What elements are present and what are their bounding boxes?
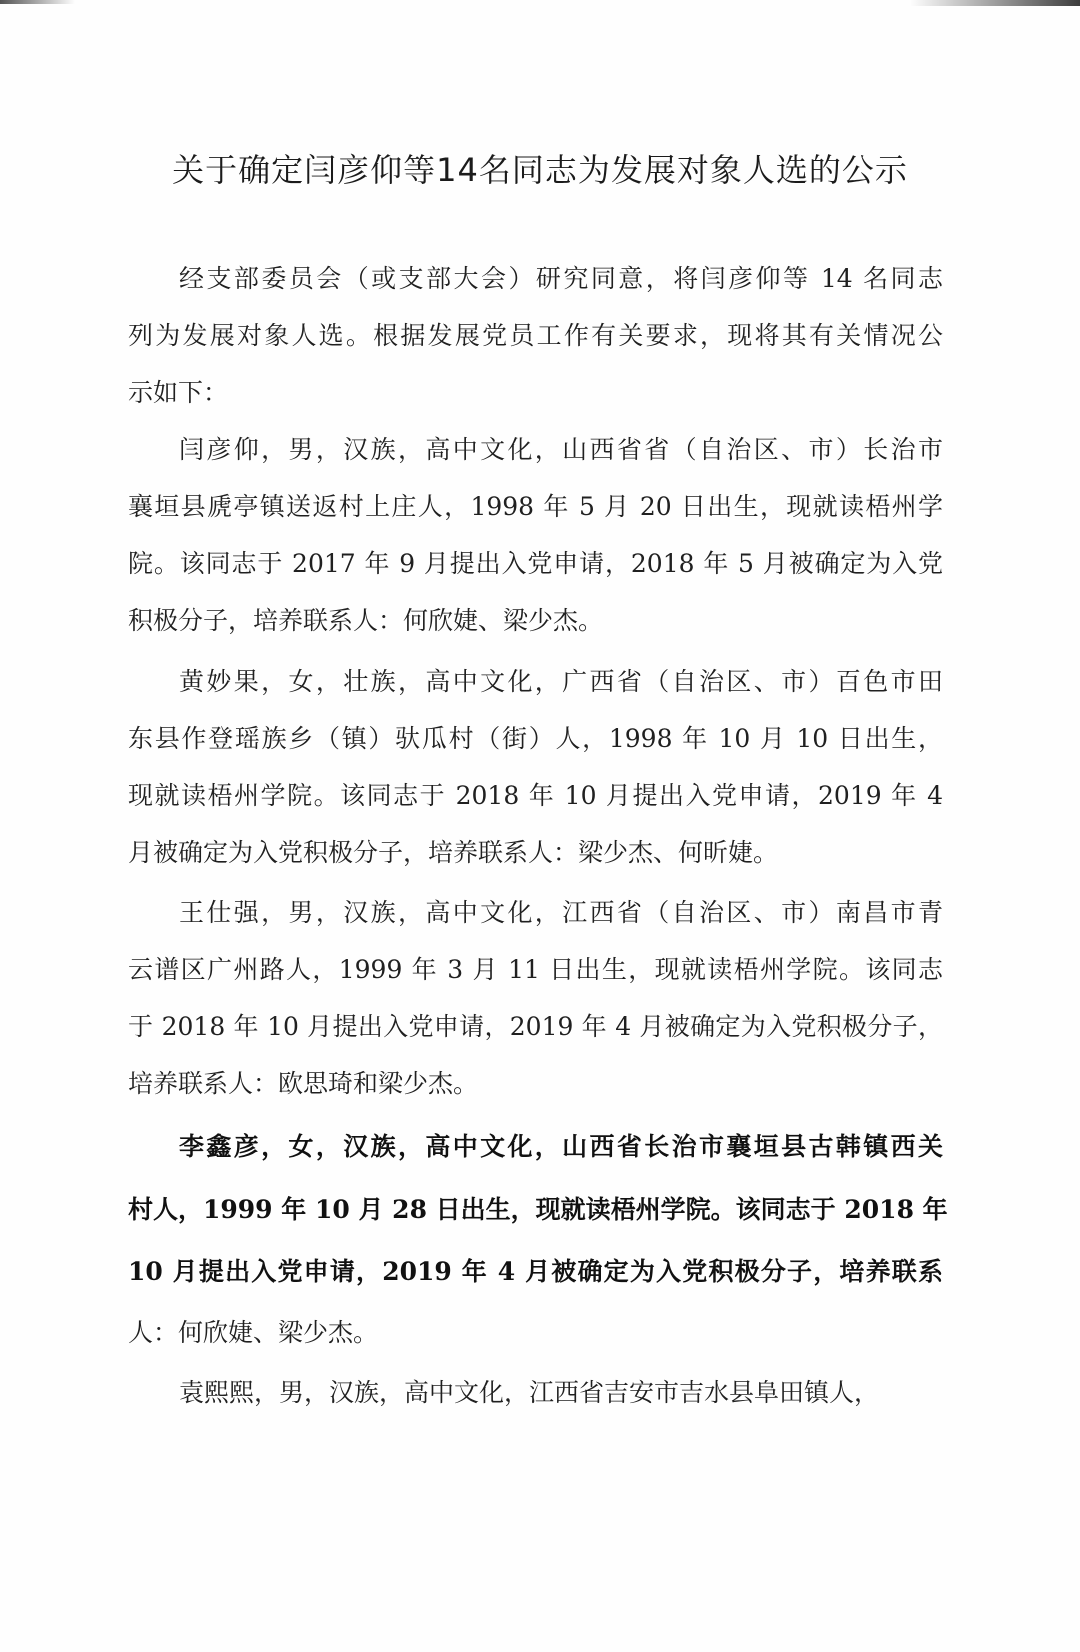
person-4-line-2: 村人，1999 年 10 月 28 日出生，现就读梧州学院。该同志于 2018 … [128, 1193, 943, 1227]
person-1-line-2: 襄垣县虒亭镇送返村上庄人，1998 年 5 月 20 日出生，现就读梧州学 [128, 490, 943, 524]
person-2-line-1: 黄妙果，女，壮族，高中文化，广西省（自治区、市）百色市田 [179, 665, 943, 699]
person-2-line-4: 月被确定为入党积极分子，培养联系人：梁少杰、何昕婕。 [128, 836, 943, 870]
person-3-line-4: 培养联系人：欧思琦和梁少杰。 [128, 1067, 943, 1101]
intro-line-1: 经支部委员会（或支部大会）研究同意，将闫彦仰等 14 名同志 [179, 262, 943, 296]
document-page: 关于确定闫彦仰等14名同志为发展对象人选的公示 经支部委员会（或支部大会）研究同… [0, 0, 1080, 1652]
person-1-line-4: 积极分子，培养联系人：何欣婕、梁少杰。 [128, 604, 943, 638]
document-title: 关于确定闫彦仰等14名同志为发展对象人选的公示 [0, 150, 1080, 190]
person-4-line-4: 人：何欣婕、梁少杰。 [128, 1316, 943, 1350]
intro-line-2: 列为发展对象人选。根据发展党员工作有关要求，现将其有关情况公 [128, 319, 943, 353]
person-5-line-1: 袁熙熙，男，汉族，高中文化，江西省吉安市吉水县阜田镇人， [179, 1376, 943, 1410]
person-1-line-3: 院。该同志于 2017 年 9 月提出入党申请，2018 年 5 月被确定为入党 [128, 547, 943, 581]
person-2-line-2: 东县作登瑶族乡（镇）驮瓜村（街）人，1998 年 10 月 10 日出生， [128, 722, 943, 756]
person-1-line-1: 闫彦仰，男，汉族，高中文化，山西省省（自治区、市）长治市 [179, 433, 943, 467]
intro-line-3: 示如下： [128, 376, 943, 410]
scan-edge-shadow-right [910, 0, 1080, 6]
person-3-line-1: 王仕强，男，汉族，高中文化，江西省（自治区、市）南昌市青 [179, 896, 943, 930]
person-3-line-2: 云谱区广州路人，1999 年 3 月 11 日出生，现就读梧州学院。该同志 [128, 953, 943, 987]
person-3-line-3: 于 2018 年 10 月提出入党申请，2019 年 4 月被确定为入党积极分子… [128, 1010, 943, 1044]
person-2-line-3: 现就读梧州学院。该同志于 2018 年 10 月提出入党申请，2019 年 4 [128, 779, 943, 813]
person-4-line-3: 10 月提出入党申请，2019 年 4 月被确定为入党积极分子，培养联系 [128, 1255, 943, 1289]
person-4-line-1: 李鑫彦，女，汉族，高中文化，山西省长治市襄垣县古韩镇西关 [179, 1130, 943, 1164]
scan-edge-shadow-left [0, 0, 75, 4]
